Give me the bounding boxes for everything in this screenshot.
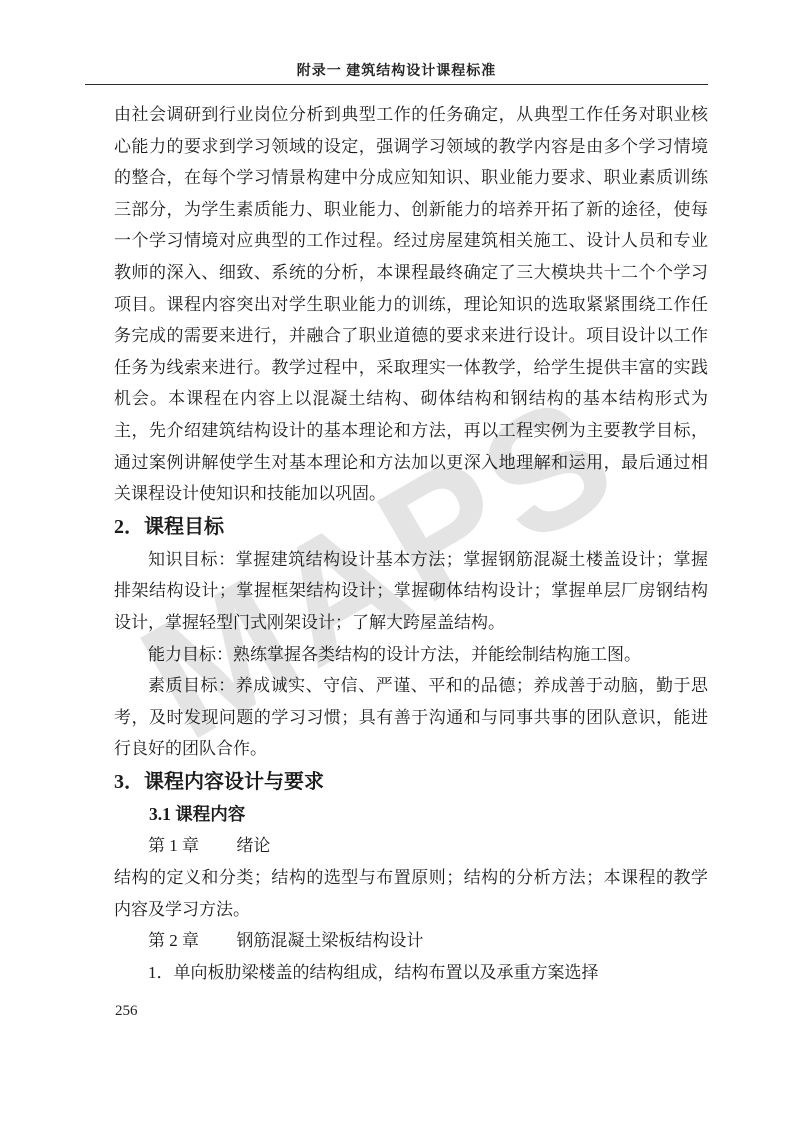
chapter-2-title: 钢筋混凝土梁板结构设计 — [236, 931, 423, 950]
chapter-2-label: 第 2 章 — [148, 931, 199, 950]
document-page: 附录一 建筑结构设计课程标准 MAPS 由社会调研到行业岗位分析到典型工作的任务… — [0, 0, 793, 1122]
section-3-heading: 3．课程内容设计与要求 — [114, 765, 708, 799]
page-number: 256 — [115, 1003, 138, 1020]
section-3-1-subheading: 3.1 课程内容 — [114, 799, 708, 831]
chapter-2-item-1: 1．单向板肋梁楼盖的结构组成，结构布置以及承重方案选择 — [114, 957, 708, 989]
chapter-1-title: 绪论 — [236, 836, 270, 855]
page-header-title: 附录一 建筑结构设计课程标准 — [0, 60, 793, 80]
intro-paragraph: 由社会调研到行业岗位分析到典型工作的任务确定，从典型工作任务对职业核心能力的要求… — [114, 99, 708, 510]
header-rule — [85, 84, 708, 85]
chapter-2-line: 第 2 章钢筋混凝土梁板结构设计 — [114, 925, 708, 957]
quality-goals-paragraph: 素质目标：养成诚实、守信、严谨、平和的品德；养成善于动脑，勤于思考，及时发现问题… — [114, 670, 708, 765]
document-content: 由社会调研到行业岗位分析到典型工作的任务确定，从典型工作任务对职业核心能力的要求… — [114, 99, 708, 988]
chapter-1-line: 第 1 章绪论 — [114, 830, 708, 862]
chapter-1-description: 结构的定义和分类；结构的选型与布置原则；结构的分析方法；本课程的教学内容及学习方… — [114, 862, 708, 925]
section-2-heading: 2．课程目标 — [114, 510, 708, 544]
ability-goals-paragraph: 能力目标：熟练掌握各类结构的设计方法，并能绘制结构施工图。 — [114, 639, 708, 671]
chapter-1-label: 第 1 章 — [148, 836, 199, 855]
knowledge-goals-paragraph: 知识目标：掌握建筑结构设计基本方法；掌握钢筋混凝土楼盖设计；掌握排架结构设计；掌… — [114, 544, 708, 639]
